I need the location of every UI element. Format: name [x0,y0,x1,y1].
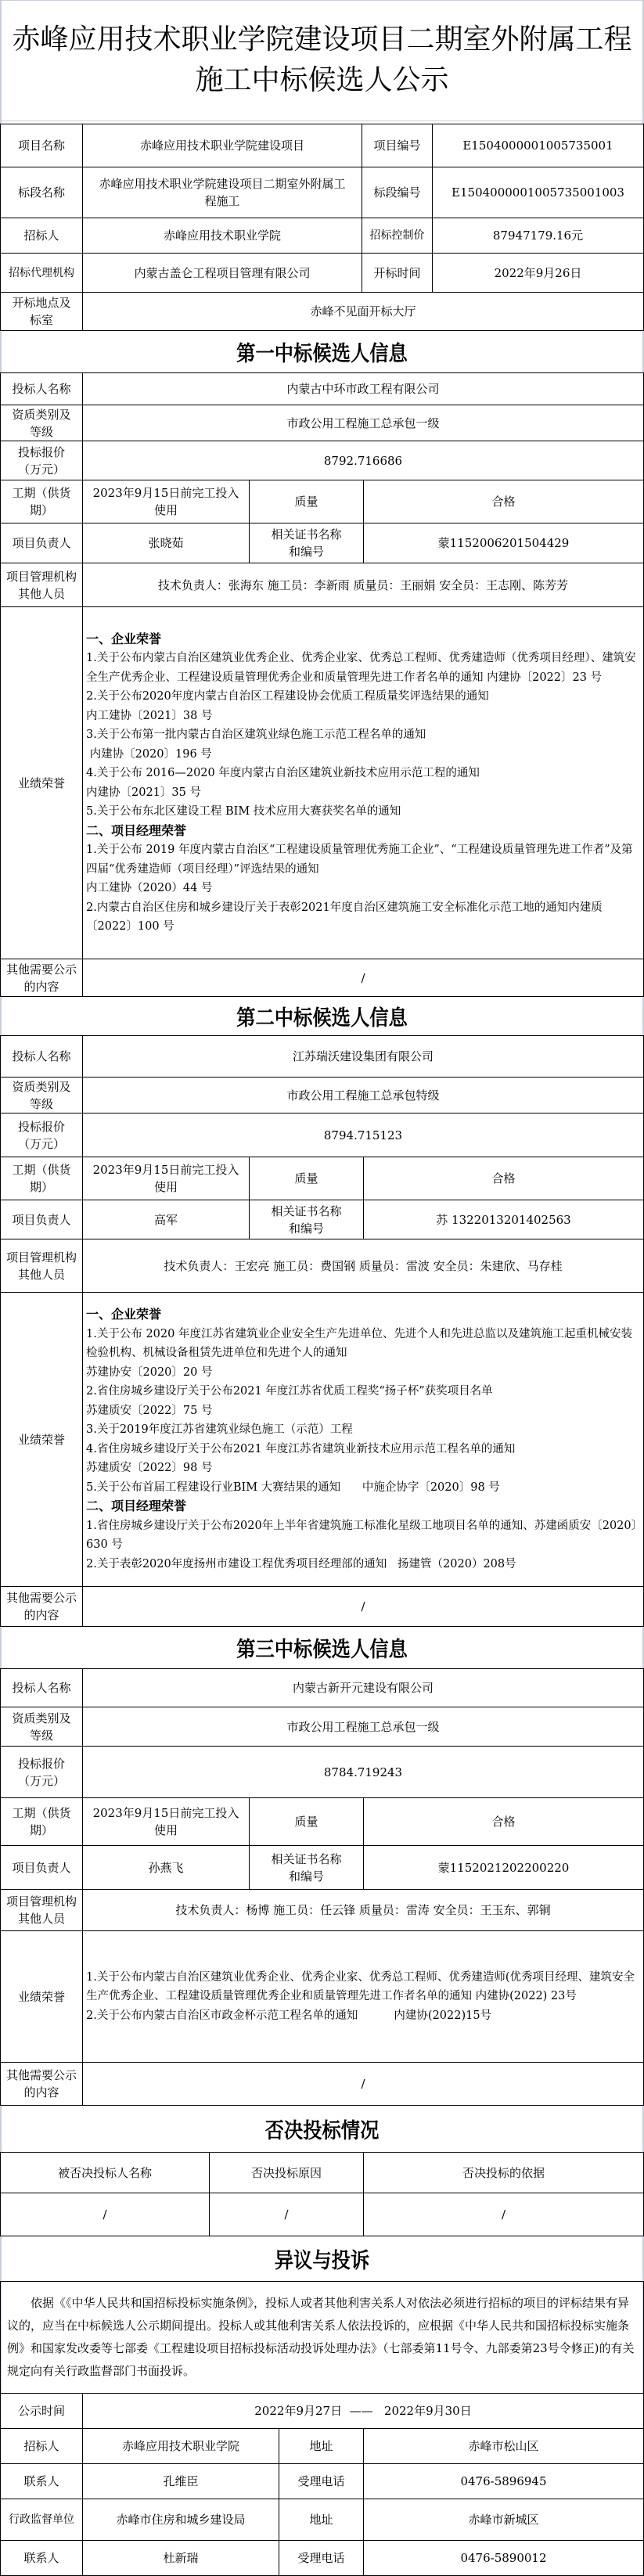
qualification-value: 市政公用工程施工总承包一级 [82,1707,644,1747]
period-label: 工期（供货期） [0,480,83,523]
contact-label: 行政监督单位 [0,2499,83,2541]
page-title: 赤峰应用技术职业学院建设项目二期室外附属工程施工中标候选人公示 [0,0,644,121]
honors-item: 1.关于公布 2020 年度江苏省建筑业企业安全生产先进单位、先进个人和先进总监… [86,1325,640,1363]
honors-list: 一、企业荣誉 1.关于公布 2020 年度江苏省建筑业企业安全生产先进单位、先进… [82,1292,644,1587]
rejection-cell: / [363,2193,644,2236]
manager-value: 高军 [82,1200,250,1239]
honors-item: 苏建协安〔2020〕20 号 [86,1363,640,1383]
honors-item: 5.关于公布东北区建设工程 BIM 技术应用大赛获奖名单的通知 [86,802,640,822]
qualification-value: 市政公用工程施工总承包特级 [82,1077,644,1114]
control-price-label: 招标控制价 [362,218,433,254]
staff-label: 项目管理机构其他人员 [0,1239,83,1293]
bidder-label: 投标人名称 [0,1035,83,1078]
contact-label: 受理电话 [279,2540,364,2576]
honors-item: 2.关于公布内蒙古自治区市政金杯示范工程名单的通知 内建协(2022)15号 [86,2006,640,2026]
price-label: 投标报价（万元） [0,1113,83,1157]
honors-item: 4.省住房城乡建设厅关于公布2021 年度江苏省建筑业新技术应用示范工程名单的通… [86,1440,640,1459]
bidder-value: 内蒙古中环市政工程有限公司 [82,372,644,405]
rejection-header: 被否决投标人名称 [0,2152,210,2193]
honors-item: 4.关于公布 2016—2020 年度内蒙古自治区建筑业新技术应用示范工程的通知 [86,764,640,783]
honors-item: 1.关于公布 2019 年度内蒙古自治区“工程建设质量管理优秀施工企业”、“工程… [86,840,640,879]
period-value: 2023年9月15日前完工投入使用 [82,1157,250,1200]
contact-label: 联系人 [0,2463,83,2499]
contact-label: 地址 [279,2499,364,2541]
manager-label: 项目负责人 [0,1845,83,1890]
contact-label: 招标人 [0,2428,83,2464]
honors-heading: 一、企业荣誉 [86,630,640,649]
price-value: 8794.715123 [82,1113,644,1157]
rejection-cell: / [209,2193,364,2236]
bidder-value: 江苏瑞沃建设集团有限公司 [82,1035,644,1078]
cert-value: 蒙1152006201504429 [363,523,644,563]
tenderer-label: 招标人 [0,218,83,254]
contact-phone: 0476-5896945 [363,2463,644,2499]
agency-value: 内蒙古盖仑工程项目管理有限公司 [82,253,362,293]
qualification-label: 资质类别及等级 [0,1077,83,1114]
honors-heading: 二、项目经理荣誉 [86,1497,640,1516]
quality-label: 质量 [249,480,364,523]
staff-label: 项目管理机构其他人员 [0,1889,83,1931]
bidder-label: 投标人名称 [0,372,83,405]
contact-phone: 0476-5890012 [363,2540,644,2576]
rejection-header: 否决投标的依据 [363,2152,644,2193]
qualification-label: 资质类别及等级 [0,1707,83,1747]
section-name-value: 赤峰应用技术职业学院建设项目二期室外附属工程施工 [82,167,362,218]
objection-heading: 异议与投诉 [32,2236,612,2281]
candidate-1-heading: 第一中标候选人信息 [32,331,612,372]
objection-text: 依据《《中华人民共和国招标投标实施条例》，投标人或者其他利害关系人对依法必须进行… [0,2281,644,2394]
quality-value: 合格 [363,1157,644,1200]
bidder-label: 投标人名称 [0,1668,83,1707]
quality-value: 合格 [363,480,644,523]
honors-item: 3.关于公布第一批内蒙古自治区建筑业绿色施工示范工程名单的通知 [86,725,640,745]
honors-label: 业绩荣誉 [0,1292,83,1587]
candidate-3-heading: 第三中标候选人信息 [32,1626,612,1668]
rejection-heading: 否决投标情况 [32,2105,612,2152]
honors-item: 1.省住房城乡建设厅关于公布2020年上半年省建筑施工标准化星级工地项目名单的通… [86,1516,640,1555]
open-place-label: 开标地点及标室 [0,292,83,331]
cert-label: 相关证书名称和编号 [249,523,364,563]
contact-value: 赤峰市松山区 [363,2428,644,2464]
price-value: 8784.719243 [82,1746,644,1798]
bidder-value: 内蒙古新开元建设有限公司 [82,1668,644,1707]
contact-label: 受理电话 [279,2463,364,2499]
cert-value: 苏 1322013201402563 [363,1200,644,1239]
open-time-value: 2022年9月26日 [432,253,644,293]
other-value: / [82,2062,644,2106]
cert-label: 相关证书名称和编号 [249,1200,364,1239]
staff-value: 技术负责人：杨博 施工员：任云锋 质量员：雷涛 安全员：王玉东、郭铜 [82,1889,644,1931]
qualification-value: 市政公用工程施工总承包一级 [82,405,644,441]
period-value: 2023年9月15日前完工投入使用 [82,480,250,523]
honors-item: 1.关于公布内蒙古自治区建筑业优秀企业、优秀企业家、优秀总工程师、优秀建造师（优… [86,649,640,687]
honors-label: 业绩荣誉 [0,606,83,959]
honors-list: 一、企业荣誉 1.关于公布内蒙古自治区建筑业优秀企业、优秀企业家、优秀总工程师、… [82,606,644,959]
other-value: / [82,959,644,997]
price-value: 8792.716686 [82,441,644,480]
project-code-value: E1504000001005735001 [432,124,644,167]
project-name-value: 赤峰应用技术职业学院建设项目 [82,124,362,167]
tenderer-value: 赤峰应用技术职业学院 [82,218,362,254]
other-label: 其他需要公示的内容 [0,959,83,997]
price-label: 投标报价（万元） [0,441,83,480]
quality-label: 质量 [249,1797,364,1846]
candidate-2-heading: 第二中标候选人信息 [32,996,612,1035]
staff-label: 项目管理机构其他人员 [0,563,83,607]
honors-item: 5.关于公布首届工程建设行业BIM 大赛结果的通知 中施企协字〔2020〕98 … [86,1478,640,1498]
quality-label: 质量 [249,1157,364,1200]
period-label: 工期（供货期） [0,1157,83,1200]
honors-heading: 二、项目经理荣誉 [86,822,640,841]
honors-item: 2.关于公布2020年度内蒙古自治区工程建设协会优质工程质量奖评选结果的通知 [86,687,640,707]
honors-item: 2.内蒙古自治区住房和城乡建设厅关于表彰2021年度自治区建筑施工安全标准化示范… [86,898,640,937]
agency-label: 招标代理机构 [0,253,83,293]
other-label: 其他需要公示的内容 [0,1586,83,1627]
period-value: 2022年9月27日 —— 2022年9月30日 [82,2393,644,2429]
other-value: / [82,1586,644,1627]
manager-label: 项目负责人 [0,523,83,563]
honors-item: 3.关于2019年度江苏省建筑业绿色施工（示范）工程 [86,1420,640,1440]
honors-item: 2.关于表彰2020年度扬州市建设工程优秀项目经理部的通知 扬建管（2020）2… [86,1555,640,1574]
section-name-label: 标段名称 [0,167,83,218]
qualification-label: 资质类别及等级 [0,405,83,441]
project-code-label: 项目编号 [362,124,433,167]
honors-item: 2.省住房城乡建设厅关于公布2021 年度江苏省优质工程奖“扬子杯”获奖项目名单 [86,1382,640,1401]
honors-heading: 一、企业荣誉 [86,1305,640,1325]
honors-item: 苏建质安〔2022〕75 号 [86,1401,640,1421]
open-place-value: 赤峰不见面开标大厅 [82,292,644,331]
control-price-value: 87947179.16元 [432,218,644,254]
project-name-label: 项目名称 [0,124,83,167]
manager-value: 孙燕飞 [82,1845,250,1890]
other-label: 其他需要公示的内容 [0,2062,83,2106]
contact-value: 孔维臣 [82,2463,279,2499]
contact-label: 地址 [279,2428,364,2464]
honors-label: 业绩荣誉 [0,1930,83,2063]
staff-value: 技术负责人：张海东 施工员：李新雨 质量员：王丽娟 安全员：王志刚、陈芳芳 [82,563,644,607]
period-value: 2023年9月15日前完工投入使用 [82,1797,250,1846]
cert-label: 相关证书名称和编号 [249,1845,364,1890]
manager-value: 张晓茹 [82,523,250,563]
honors-item: 内建协〔2020〕196 号 [86,745,640,765]
honors-item: 内工建协〔2021〕38 号 [86,707,640,726]
contact-value: 赤峰应用技术职业学院 [82,2428,279,2464]
rejection-cell: / [0,2193,210,2236]
manager-label: 项目负责人 [0,1200,83,1239]
honors-item: 1.关于公布内蒙古自治区建筑业优秀企业、优秀企业家、优秀总工程师、优秀建造师(优… [86,1968,640,2006]
contact-value: 赤峰市新城区 [363,2499,644,2541]
section-code-label: 标段编号 [362,167,433,218]
staff-value: 技术负责人：王宏亮 施工员：费国钢 质量员：雷波 安全员：朱建欣、马存桂 [82,1239,644,1293]
rejection-header: 否决投标原因 [209,2152,364,2193]
period-label: 工期（供货期） [0,1797,83,1846]
cert-value: 蒙1152021202200220 [363,1845,644,1890]
contact-value: 杜新瑞 [82,2540,279,2576]
price-label: 投标报价（万元） [0,1746,83,1798]
honors-item: 内建协〔2021〕35 号 [86,783,640,803]
contact-label: 联系人 [0,2540,83,2576]
period-label: 公示时间 [0,2393,83,2429]
honors-item: 内工建协（2020）44 号 [86,879,640,898]
section-code-value: E1504000001005735001003 [432,167,644,218]
honors-list: 1.关于公布内蒙古自治区建筑业优秀企业、优秀企业家、优秀总工程师、优秀建造师(优… [82,1930,644,2063]
open-time-label: 开标时间 [362,253,433,293]
contact-value: 赤峰市住房和城乡建设局 [82,2499,279,2541]
honors-item: 苏建质安〔2022〕98 号 [86,1459,640,1478]
quality-value: 合格 [363,1797,644,1846]
